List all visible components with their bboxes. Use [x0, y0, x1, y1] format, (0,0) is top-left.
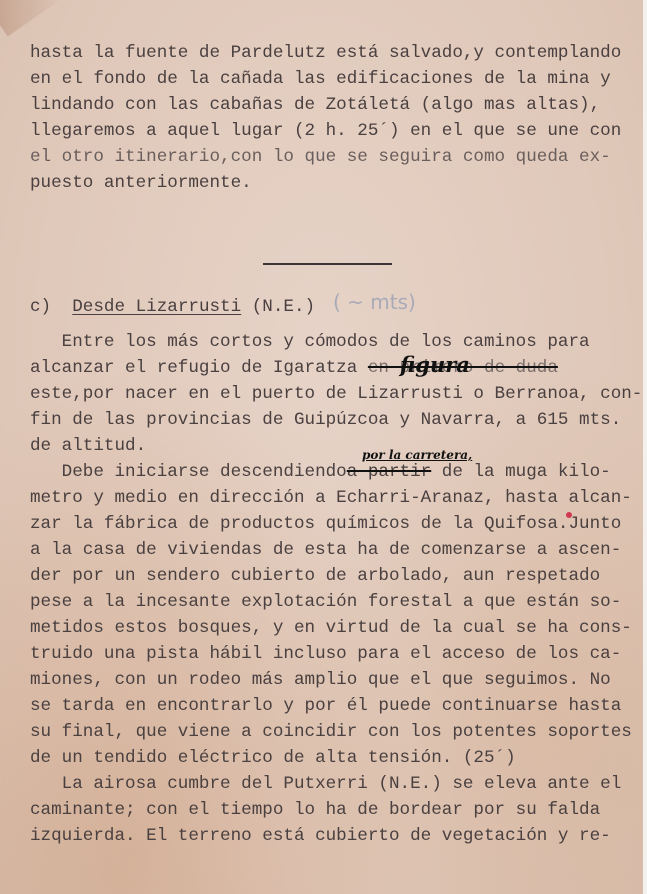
red-ink-mark	[566, 512, 572, 518]
text-line: La airosa cumbre del Putxerri (N.E.) se …	[30, 774, 621, 794]
text-line: este,por nacer en el puerto de Lizarrust…	[30, 384, 642, 404]
section-title: Desde Lizarrusti	[72, 297, 241, 317]
pencil-annotation: ( ~ mts)	[333, 290, 416, 314]
text-span: de la muga kilo-	[431, 462, 611, 482]
text-line: fin de las provincias de Guipúzcoa y Nav…	[30, 410, 621, 430]
text-line: izquierda. El terreno está cubierto de v…	[30, 826, 611, 846]
text-line: lindando con las cabañas de Zotáletá (al…	[30, 95, 600, 115]
section-direction: (N.E.)	[252, 297, 315, 317]
text-line: el otro itinerario,con lo que se seguira…	[30, 147, 611, 167]
text-line: en el fondo de la cañada las edificacion…	[30, 69, 611, 89]
text-line: der por un sendero cubierto de arbolado,…	[30, 566, 600, 586]
text-line: de altitud.	[30, 436, 146, 456]
text-line: pese a la incesante explotación forestal…	[30, 592, 621, 612]
text-line: llegaremos a aquel lugar (2 h. 25´) en e…	[30, 121, 621, 141]
text-line: metro y medio en dirección a Echarri-Ara…	[30, 488, 632, 508]
text-line: su final, que viene a coincidir con los …	[30, 722, 632, 742]
struck-text: a partir	[347, 462, 431, 482]
typewritten-page: hasta la fuente de Pardelutz está salvad…	[0, 0, 643, 894]
text-line: metidos estos bosques, y en virtud de la…	[30, 618, 632, 638]
text-span: Debe iniciarse descendiendo	[30, 462, 347, 482]
text-line: Debe iniciarse descendiendoa partir de l…	[30, 462, 611, 482]
text-line: alcanzar el refugio de Igaratza en prime…	[30, 358, 558, 378]
text-line: a la casa de viviendas de esta ha de com…	[30, 540, 621, 560]
text-line: hasta la fuente de Pardelutz está salvad…	[30, 43, 621, 63]
scan-border	[643, 0, 647, 894]
text-line: zar la fábrica de productos químicos de …	[30, 514, 621, 534]
text-line: truido una pista hábil incluso para el a…	[30, 644, 621, 664]
section-heading: c) Desde Lizarrusti (N.E.)	[30, 297, 315, 317]
section-marker: c)	[30, 297, 51, 317]
handwritten-correction: figura	[400, 352, 470, 377]
text-line: puesto anteriormente.	[30, 173, 252, 193]
text-line: de un tendido eléctrico de alta tensión.…	[30, 748, 516, 768]
page-fold-shadow	[0, 0, 65, 36]
text-span: alcanzar el refugio de Igaratza	[30, 358, 357, 378]
text-line: Entre los más cortos y cómodos de los ca…	[30, 332, 590, 352]
section-separator	[263, 263, 392, 265]
text-line: se tarda en encontrarlo y por él puede c…	[30, 696, 621, 716]
handwritten-insertion: por la carretera,	[362, 448, 472, 462]
text-line: miones, con un rodeo más amplio que el q…	[30, 670, 611, 690]
text-line: caminante; con el tiempo lo ha de bordea…	[30, 800, 600, 820]
